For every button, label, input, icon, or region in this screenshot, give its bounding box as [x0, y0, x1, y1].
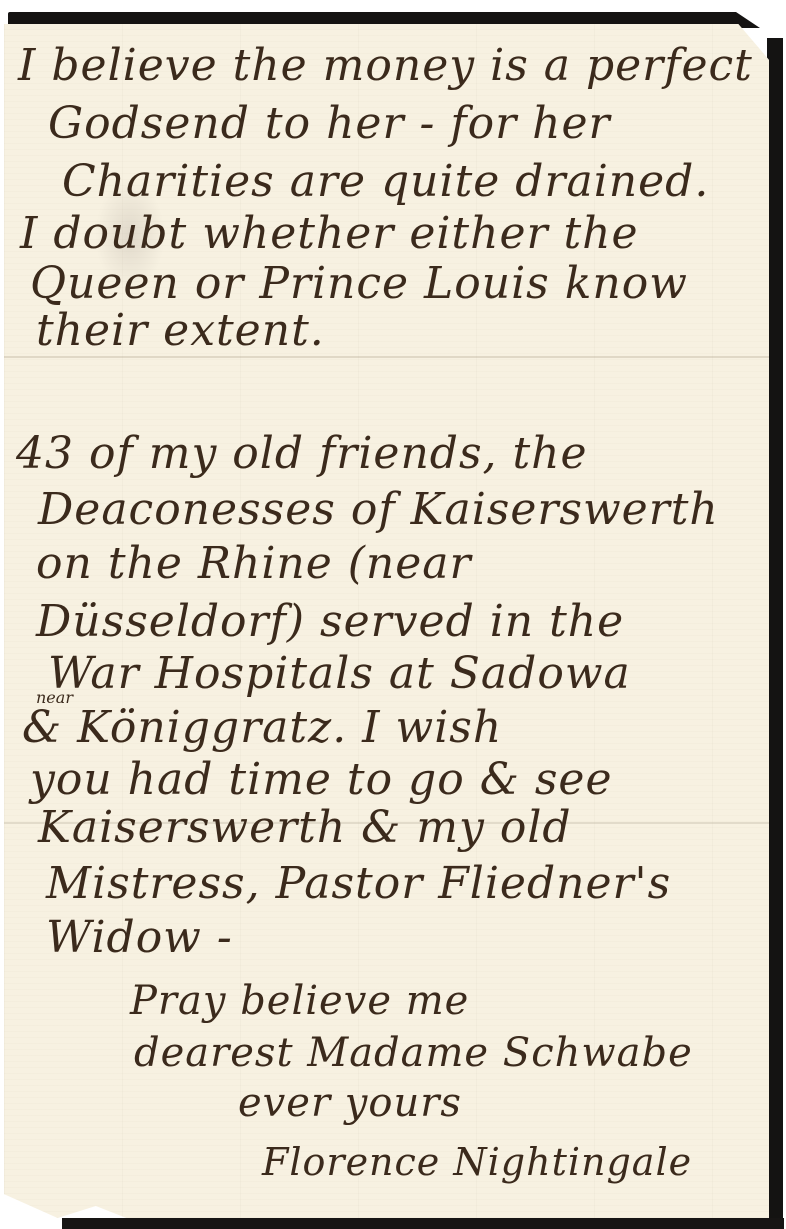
- closing-line: dearest Madame Schwabe: [134, 1030, 693, 1076]
- text-line: Kaiserswerth & my old: [38, 802, 572, 853]
- mourning-border-right: [767, 38, 783, 1218]
- mourning-border-bottom: [62, 1218, 784, 1229]
- text-line: 43 of my old friends, the: [16, 428, 588, 479]
- paper-fold: [4, 356, 769, 358]
- text-line: Düsseldorf) served in the: [36, 596, 624, 647]
- text-line: I believe the money is a perfect: [18, 40, 753, 91]
- text-line: & Königgratz. I wish: [22, 702, 502, 753]
- letter-scan: I believe the money is a perfect Godsend…: [0, 0, 786, 1229]
- signature: Florence Nightingale: [262, 1140, 692, 1184]
- text-line: War Hospitals at Sadowa: [48, 648, 631, 699]
- text-line: you had time to go & see: [30, 754, 613, 805]
- text-line: Mistress, Pastor Fliedner's: [46, 858, 671, 909]
- text-line: on the Rhine (near: [36, 538, 472, 589]
- text-line: I doubt whether either the: [20, 208, 639, 259]
- text-line: their extent.: [36, 305, 325, 356]
- closing-line: Pray believe me: [130, 978, 469, 1024]
- text-line: Queen or Prince Louis know: [30, 258, 688, 309]
- text-line: Widow -: [46, 912, 233, 963]
- closing-line: ever yours: [238, 1080, 462, 1126]
- text-line: Deaconesses of Kaiserswerth: [38, 484, 719, 535]
- text-line: Charities are quite drained.: [62, 156, 709, 207]
- text-line: Godsend to her - for her: [48, 98, 611, 149]
